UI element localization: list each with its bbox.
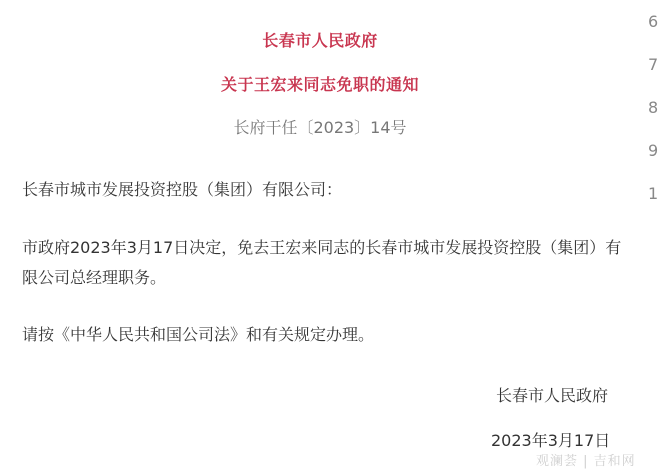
side-number: 9 — [648, 129, 660, 172]
issuer-title: 长春市人民政府 — [0, 28, 640, 51]
side-number: 8 — [648, 86, 660, 129]
issue-date: 2023年3月17日 — [491, 428, 610, 451]
signature: 长春市人民政府 — [496, 383, 608, 406]
side-number: 6 — [648, 0, 660, 43]
side-number: 7 — [648, 43, 660, 86]
document-number: 长府干任〔2023〕14号 — [0, 115, 640, 138]
body-paragraph-1: 市政府2023年3月17日决定，免去王宏来同志的长春市城市发展投资控股（集团）有… — [22, 233, 622, 293]
body-paragraph-2: 请按《中华人民共和国公司法》和有关规定办理。 — [22, 320, 622, 350]
side-number-column: 6 7 8 9 1 — [648, 0, 660, 215]
watermark: 观澜荟 | 吉和网 — [536, 450, 636, 469]
side-number: 1 — [648, 172, 660, 215]
addressee: 长春市城市发展投资控股（集团）有限公司： — [22, 175, 622, 205]
notice-title: 关于王宏来同志免职的通知 — [0, 72, 640, 95]
